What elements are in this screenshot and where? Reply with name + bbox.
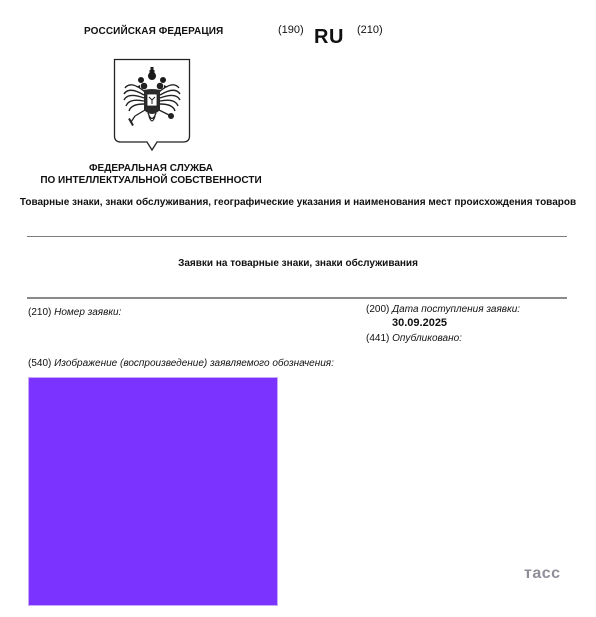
inid-code-190: (190) — [278, 24, 304, 36]
field-code: (540) — [28, 358, 51, 369]
field-mark-image: (540) Изображение (воспроизведение) заяв… — [28, 358, 334, 369]
document-subtitle: Товарные знаки, знаки обслуживания, геог… — [0, 197, 596, 208]
field-label: Номер заявки: — [54, 307, 121, 318]
divider-top — [27, 236, 567, 237]
field-published: (441) Опубликовано: — [366, 333, 462, 344]
country-code: RU — [314, 27, 344, 47]
field-filing-date: (200) Дата поступления заявки: — [366, 304, 520, 315]
inid-code-210-header: (210) — [357, 24, 383, 36]
trademark-image — [28, 377, 278, 606]
field-label: Изображение (воспроизведение) заявляемог… — [54, 358, 334, 369]
agency-name: ФЕДЕРАЛЬНАЯ СЛУЖБА ПО ИНТЕЛЛЕКТУАЛЬНОЙ С… — [40, 163, 262, 187]
field-label: Дата поступления заявки: — [392, 304, 520, 315]
agency-line-2: ПО ИНТЕЛЛЕКТУАЛЬНОЙ СОБСТВЕННОСТИ — [40, 175, 262, 187]
field-code: (441) — [366, 333, 389, 344]
divider-bottom — [27, 297, 567, 299]
field-code: (210) — [28, 307, 51, 318]
agency-line-1: ФЕДЕРАЛЬНАЯ СЛУЖБА — [40, 163, 262, 175]
country-name: РОССИЙСКАЯ ФЕДЕРАЦИЯ — [84, 26, 223, 37]
filing-date-value: 30.09.2025 — [392, 317, 447, 329]
section-title: Заявки на товарные знаки, знаки обслужив… — [0, 258, 596, 269]
tass-watermark-logo: тасс — [524, 566, 561, 582]
russian-coat-of-arms-icon — [113, 58, 191, 152]
field-application-number: (210) Номер заявки: — [28, 307, 121, 318]
field-label: Опубликовано: — [392, 333, 462, 344]
field-code: (200) — [366, 304, 389, 315]
